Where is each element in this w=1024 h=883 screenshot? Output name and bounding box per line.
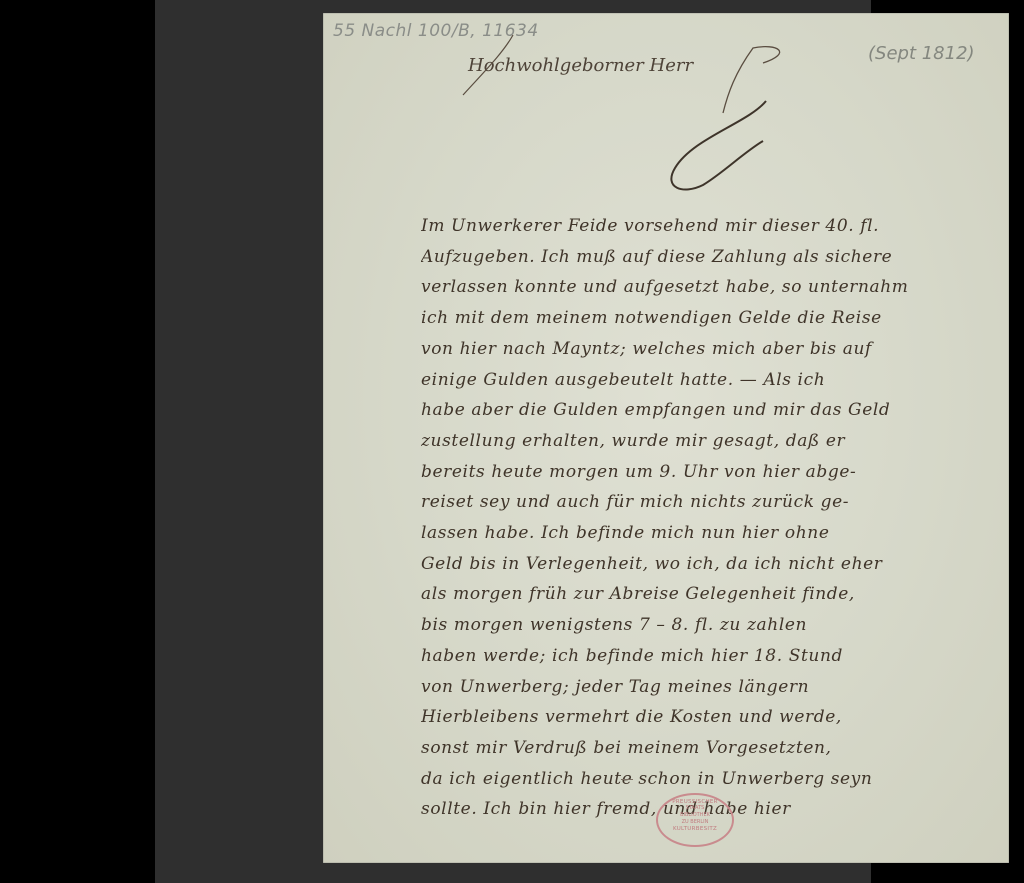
text-line: von Unwerberg; jeder Tag meines längern [421,672,996,703]
salutation-flourish-icon [323,13,1009,213]
text-line: ich mit dem meinem notwendigen Gelde die… [421,303,996,334]
text-line: da ich eigentlich heute schon in Unwerbe… [421,764,996,795]
library-stamp: PREUSSISCHER STAATS BIBLIOTHEK ZU BERLIN… [656,793,734,847]
text-line: haben werde; ich befinde mich hier 18. S… [421,641,996,672]
text-line: habe aber die Gulden empfangen und mir d… [421,395,996,426]
stamp-line: STAATS [658,805,732,812]
stamp-line: ZU BERLIN [658,819,732,826]
text-line: Geld bis in Verlegenheit, wo ich, da ich… [421,549,996,580]
text-line: bereits heute morgen um 9. Uhr von hier … [421,457,996,488]
text-line: sonst mir Verdruß bei meinem Vorgesetzte… [421,733,996,764]
text-line: Aufzugeben. Ich muß auf diese Zahlung al… [421,242,996,273]
text-line: zustellung erhalten, wurde mir gesagt, d… [421,426,996,457]
text-line: von hier nach Mayntz; welches mich aber … [421,334,996,365]
letter-page: 55 Nachl 100/B, 11634 (Sept 1812) Hochwo… [323,13,1009,863]
text-line: Im Unwerkerer Feide vorsehend mir dieser… [421,211,996,242]
letter-body: Im Unwerkerer Feide vorsehend mir dieser… [421,211,996,825]
text-line: reiset sey und auch für mich nichts zurü… [421,487,996,518]
text-line: bis morgen wenigstens 7 – 8. fl. zu zahl… [421,610,996,641]
text-line: verlassen konnte und aufgesetzt habe, so… [421,272,996,303]
text-line: als morgen früh zur Abreise Gelegenheit … [421,579,996,610]
stamp-line: BIBLIOTHEK [658,812,732,819]
text-line: einige Gulden ausgebeutelt hatte. — Als … [421,365,996,396]
scan-frame: 55 Nachl 100/B, 11634 (Sept 1812) Hochwo… [155,0,871,883]
text-line: Hierbleibens vermehrt die Kosten und wer… [421,702,996,733]
page-end-mark [621,779,633,780]
text-line: lassen habe. Ich befinde mich nun hier o… [421,518,996,549]
stamp-bottom-text: KULTURBESITZ [658,826,732,832]
